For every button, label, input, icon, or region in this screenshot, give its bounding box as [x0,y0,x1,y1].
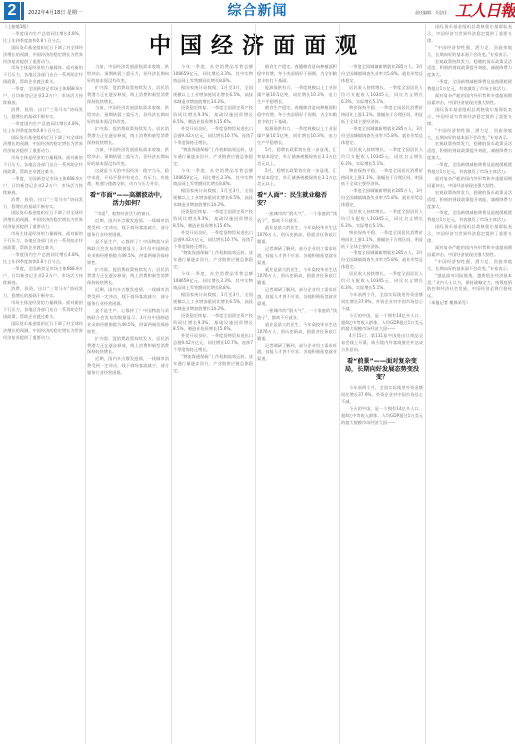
paragraph: 据国家统计局数据，1月至3月，全国规模以上工业增加值同比增长6.5%，高技术制造… [173,292,253,313]
paragraph: 外贸开局良好。一季度货物贸易进出口总值9.42万亿元，同比增长10.7%，连续7… [173,230,253,251]
paragraph: 面对复杂严峻的国内外形势和多重超预期因素冲击，中国经济展现出强大韧性。 [427,245,512,259]
paragraph: 粮食生产稳定。春播粮食意向种植面积稳中有增，冬小麦苗情好于预期，为全年粮食丰收打… [257,105,337,126]
article-column-2: 当前，中国经济发展面临需求收缩、供给冲击、预期转弱三重压力，但经济长期向好的基本… [87,64,169,744]
paragraph: 4月15日，第131届中国进出口商品交易会线上开幕，吸引境内外客商参会并达成合作… [341,333,423,354]
paragraph: 宏观政策持续发力，稳健的货币政策灵活适度，积极的财政政策提升效能，减税降费力度加… [427,141,512,162]
paragraph: 宏观政策持续发力，稳健的货币政策灵活适度，积极的财政政策提升效能，减税降费力度加… [427,59,512,80]
reporter-credit: （本报记者 集体采写） [427,300,512,307]
paragraph: 居民收入持续增长。一季度全国居民人均可支配收入10345元，同比名义增长6.3%… [341,271,423,292]
paragraph: 投资稳定恢复。一季度全国固定资产投资同比增长9.3%，基础设施投资增长8.5%，… [173,209,253,230]
paragraph: 据国家统计局数据，1月至3月，全国规模以上工业增加值同比增长6.5%，高技术制造… [173,85,253,106]
article-column-1: （上接第1版） 一季度国内生产总值同比增长4.8%，比上年四季度加快0.8个百分… [3,24,83,744]
paragraph: 记者调研了解到，部分企业用工需求旺盛，技能人才供不应求，各地积极拓宽就业渠道。 [257,287,337,308]
column-divider [171,24,172,744]
paragraph: “物流保通保畅”工作机制高效运转，货车通行量逐步回升，产业链供应链总体稳定。 [173,147,253,168]
paragraph: 扩内需、促消费政策持续发力，居民消费潜力正在逐步释放，线上消费和新型消费保持较快… [87,126,169,147]
paragraph: 国际货币基金组织近日下调了对全球经济增长的预测，中国经济的稳定增长为世界经济复苏… [3,45,83,66]
paragraph: 国际货币基金组织总裁格奥尔基耶娃表示，中国经济为世界经济稳定提供了重要支撑。 [427,24,512,45]
article-column-5: 一季度全国城镇新增就业285万人，3月份全国城镇调查失业率为5.8%，就业形势总… [341,64,423,744]
paragraph: 一座城市的“烟火气”，一个家庭的“钱袋子”，都离不开就业。 [257,308,337,322]
paragraph: 当前，中国经济发展面临需求收缩、供给冲击、预期转弱三重压力，但经济长期向好的基本… [87,105,169,126]
paragraph: 一季度，全国新登记市场主体668.9万户，日均新登记企业2.2万户，市场活力持续… [3,266,83,287]
paragraph: 今天的中国，是一个拥有14亿多人口、超4亿中等收入群体、人均GDP超过1万美元的… [341,406,423,427]
paragraph: 当前，中国经济发展面临需求收缩、供给冲击、预期转弱三重压力，但经济长期向好的基本… [87,64,169,85]
paragraph: 近期，国内多点散发疫情，一线城市消费受到一定冲击，线下商场客流减少，部分服务行业… [87,218,169,239]
paragraph: 今年一季度，社会消费品零售总额108659亿元，同比增长3.3%，其中实物商品网… [173,64,253,85]
paragraph: 一季度，全国新增减税降费及退税缓税缓费超过1万亿元，有效激发了市场主体活力。 [427,210,512,224]
paragraph: 消费、投资、出口“三驾马车”协同发力，稳增长的基础不断夯实。 [3,286,83,300]
paragraph: 就业是最大的民生。今年高校毕业生达1076万人，创历史新高，稳就业任务艰巨繁重。 [257,225,337,246]
paragraph: 是不是生产、心都停了？中国物流与采购联合会发布的数据显示，3月份中国制造业采购经… [87,308,169,336]
paragraph: 5月，稳增长政策效应进一步显现，汇率基本稳定，外汇储备规模保持在3.1万亿美元以… [257,168,337,189]
paragraph: 外贸开局良好。一季度货物贸易进出口总值9.42万亿元，同比增长10.7%，连续7… [173,333,253,354]
paragraph: 今年前两个月，全国实际使用外资金额同比增长37.9%，外资企业对中国市场信心不减… [341,385,423,406]
article-column-4: 粮食生产稳定。春播粮食意向种植面积稳中有增，冬小麦苗情好于预期，为全年粮食丰收打… [257,64,337,744]
column-divider [339,24,340,744]
paragraph: 据国家统计局数据，1月至3月，全国规模以上工业增加值同比增长6.5%，高技术制造… [173,188,253,209]
byline: （上接第1版） [3,24,83,31]
paragraph: 一座城市的“烟火气”，一个家庭的“钱袋子”，都离不开就业。 [257,211,337,225]
paragraph: 消费、投资、出口“三驾马车”协同发力，稳增长的基础不断夯实。 [3,107,83,121]
subhead-market: 看“市面”——高潮波动中，活力如何？ [87,192,169,208]
paragraph: 5月，稳增长政策效应进一步显现，汇率基本稳定，外汇储备规模保持在3.1万亿美元以… [257,147,337,168]
masthead: 2 2022年4月18日 星期一 综合新闻 责任编辑：关思佳 工人日報 [0,0,515,23]
paragraph: 居民收入持续增长。一季度全国居民人均可支配收入10345元，同比名义增长6.3%… [341,147,423,168]
paragraph: 一季度国内生产总值同比增长4.8%，比上年四季度加快0.8个百分点。 [3,31,83,45]
paragraph: 今天的中国，是一个拥有14亿多人口、超4亿中等收入群体、人均GDP超过1万美元的… [341,313,423,334]
paragraph: “越是面对风险挑战，越要稳住经济基本盘。”业内人士认为，保持战略定力，统筹疫情防… [427,273,512,301]
paragraph: 这就是今天的中国经济：稳字当头，稳中求进，开局平稳中有亮点，有压力，有挑战，机遇… [87,168,169,189]
paragraph: 市场主体是经济的力量载体。面对新的下行压力，各地区各部门出台一系列助企纾困政策，… [3,231,83,252]
paragraph: 今年一季度，社会消费品零售总额108659亿元，同比增长3.3%，其中实物商品网… [173,168,253,189]
column-divider [85,24,86,744]
paragraph: 物价保持平稳。一季度全国居民消费价格同比上涨1.1%，涨幅处于合理区间，明显低于… [341,230,423,251]
editor-credit: 责任编辑：关思佳 [415,10,447,16]
paragraph: 市场主体是经济的力量载体。面对新的下行压力，各地区各部门出台一系列助企纾困政策，… [3,65,83,86]
paragraph: 市场主体是经济的力量载体。面对新的下行压力，各地区各部门出台一系列助企纾困政策，… [3,300,83,321]
paragraph: 居民收入持续增长。一季度全国居民人均可支配收入10345元，同比名义增长6.3%… [341,209,423,230]
paragraph: 一季度全国城镇新增就业285万人，3月份全国城镇调查失业率为5.8%，就业形势总… [341,126,423,147]
paragraph: 能源保供有力。一季度规模以上工业原煤产量10.5亿吨，同比增长10.3%，电力生… [257,126,337,147]
paragraph: 物价保持平稳。一季度全国居民消费价格同比上涨1.1%，涨幅处于合理区间，明显低于… [341,168,423,189]
paragraph: 国际货币基金组织总裁格奥尔基耶娃表示，中国经济为世界经济稳定提供了重要支撑。 [427,224,512,245]
paragraph: 一季度，全国新登记市场主体668.9万户，日均新登记企业2.2万户，市场活力持续… [3,86,83,107]
paragraph: 扩内需、促消费政策持续发力，居民消费潜力正在逐步释放，线上消费和新型消费保持较快… [87,336,169,357]
paragraph: 当前，中国经济发展面临需求收缩、供给冲击、预期转弱三重压力，但经济长期向好的基本… [87,147,169,168]
paragraph: 投资稳定恢复。一季度全国固定资产投资同比增长9.3%，基础设施投资增长8.5%，… [173,313,253,334]
newspaper-logo: 工人日報 [455,1,515,21]
paragraph: 记者调研了解到，部分企业用工需求旺盛，技能人才供不应求，各地积极拓宽就业渠道。 [257,343,337,364]
paragraph: 一季度，全国新增减税降费及退税缓税缓费超过1万亿元，有效激发了市场主体活力。 [427,162,512,176]
paragraph: 一季度国内生产总值同比增长4.8%，比上年四季度加快0.8个百分点。 [3,121,83,135]
paragraph: 近期，国内多点散发疫情，一线城市消费受到一定冲击，线下商场客流减少，部分服务行业… [87,287,169,308]
paragraph: 今年前两个月，全国实际使用外资金额同比增长37.9%，外资企业对中国市场信心不减… [341,292,423,313]
paragraph: 就业是最大的民生。今年高校毕业生达1076万人，创历史新高，稳就业任务艰巨繁重。 [257,322,337,343]
paragraph: “中国经济韧性强、潜力足、回旋余地大，长期向好的基本面不会改变。”专家表示。 [427,128,512,142]
subhead-people: 看“人面”：民生就业稳否安？ [257,192,337,208]
paragraph: 投资稳定恢复。一季度全国固定资产投资同比增长9.3%，基础设施投资增长8.5%，… [173,105,253,126]
column-divider [255,24,256,744]
paragraph: “中国经济韧性强、潜力足、回旋余地大，长期向好的基本面不会改变。”专家表示。 [427,45,512,59]
paragraph: 国际货币基金组织近日下调了对全球经济增长的预测，中国经济的稳定增长为世界经济复苏… [3,210,83,231]
paragraph: 今年一季度，社会消费品零售总额108659亿元，同比增长3.3%，其中实物商品网… [173,271,253,292]
paragraph: 物价保持平稳。一季度全国居民消费价格同比上涨1.1%，涨幅处于合理区间，明显低于… [341,105,423,126]
paragraph: 粮食生产稳定。春播粮食意向种植面积稳中有增，冬小麦苗情好于预期，为全年粮食丰收打… [257,64,337,85]
paragraph: 一季度全国城镇新增就业285万人，3月份全国城镇调查失业率为5.8%，就业形势总… [341,64,423,85]
paragraph: 国际货币基金组织总裁格奥尔基耶娃表示，中国经济为世界经济稳定提供了重要支撑。 [427,107,512,128]
paragraph: 一季度，全国新登记市场主体668.9万户，日均新登记企业2.2万户，市场活力持续… [3,176,83,197]
paragraph: 一季度，全国新增减税降费及退税缓税缓费超过1万亿元，有效激发了市场主体活力。 [427,79,512,93]
subhead-prospects: 看“前景”——面对复杂变局，长期向好发展态势变没变？ [341,358,423,382]
paragraph: 扩内需、促消费政策持续发力，居民消费潜力正在逐步释放，线上消费和新型消费保持较快… [87,85,169,106]
paragraph: 宏观政策持续发力，稳健的货币政策灵活适度，积极的财政政策提升效能，减税降费力度加… [427,190,512,211]
paragraph: “物流保通保畅”工作机制高效运转，货车通行量逐步回升，产业链供应链总体稳定。 [173,354,253,375]
paragraph: 消费、投资、出口“三驾马车”协同发力，稳增长的基础不断夯实。 [3,197,83,211]
paragraph: 就业是最大的民生。今年高校毕业生达1076万人，创历史新高，稳就业任务艰巨繁重。 [257,267,337,288]
paragraph: 外贸开局良好。一季度货物贸易进出口总值9.42万亿元，同比增长10.7%，连续7… [173,126,253,147]
paragraph: 记者调研了解到，部分企业用工需求旺盛，技能人才供不应求，各地积极拓宽就业渠道。 [257,246,337,267]
paragraph: 国际货币基金组织近日下调了对全球经济增长的预测，中国经济的稳定增长为世界经济复苏… [3,135,83,156]
paragraph: 近期，国内多点散发疫情，一线城市消费受到一定冲击，线下商场客流减少，部分服务行业… [87,356,169,377]
paragraph: 扩内需、促消费政策持续发力，居民消费潜力正在逐步释放，线上消费和新型消费保持较快… [87,267,169,288]
paragraph: “物流保通保畅”工作机制高效运转，货车通行量逐步回升，产业链供应链总体稳定。 [173,250,253,271]
paragraph: 面对复杂严峻的国内外形势和多重超预期因素冲击，中国经济展现出强大韧性。 [427,176,512,190]
paragraph: 面对复杂严峻的国内外形势和多重超预期因素冲击，中国经济展现出强大韧性。 [427,93,512,107]
article-column-3: 今年一季度，社会消费品零售总额108659亿元，同比增长3.3%，其中实物商品网… [173,64,253,744]
column-divider [425,24,426,744]
paragraph: 一季度全国城镇新增就业285万人，3月份全国城镇调查失业率为5.8%，就业形势总… [341,188,423,209]
paragraph: 能源保供有力。一季度规模以上工业原煤产量10.5亿吨，同比增长10.3%，电力生… [257,85,337,106]
paragraph: 一季度国内生产总值同比增长4.8%，比上年四季度加快0.8个百分点。 [3,252,83,266]
paragraph: 是不是生产、心都停了？中国物流与采购联合会发布的数据显示，3月份中国制造业采购经… [87,239,169,267]
paragraph: 居民收入持续增长。一季度全国居民人均可支配收入10345元，同比名义增长6.3%… [341,85,423,106]
paragraph: 国际货币基金组织近日下调了对全球经济增长的预测，中国经济的稳定增长为世界经济复苏… [3,321,83,342]
article-column-6: 国际货币基金组织总裁格奥尔基耶娃表示，中国经济为世界经济稳定提供了重要支撑。 “… [427,24,512,744]
paragraph: 市场主体是经济的力量载体。面对新的下行压力，各地区各部门出台一系列助企纾困政策，… [3,155,83,176]
paragraph: 一季度全国城镇新增就业285万人，3月份全国城镇调查失业率为5.8%，就业形势总… [341,250,423,271]
paragraph: “中国经济韧性强、潜力足、回旋余地大，长期向好的基本面不会改变。”专家表示。 [427,259,512,273]
